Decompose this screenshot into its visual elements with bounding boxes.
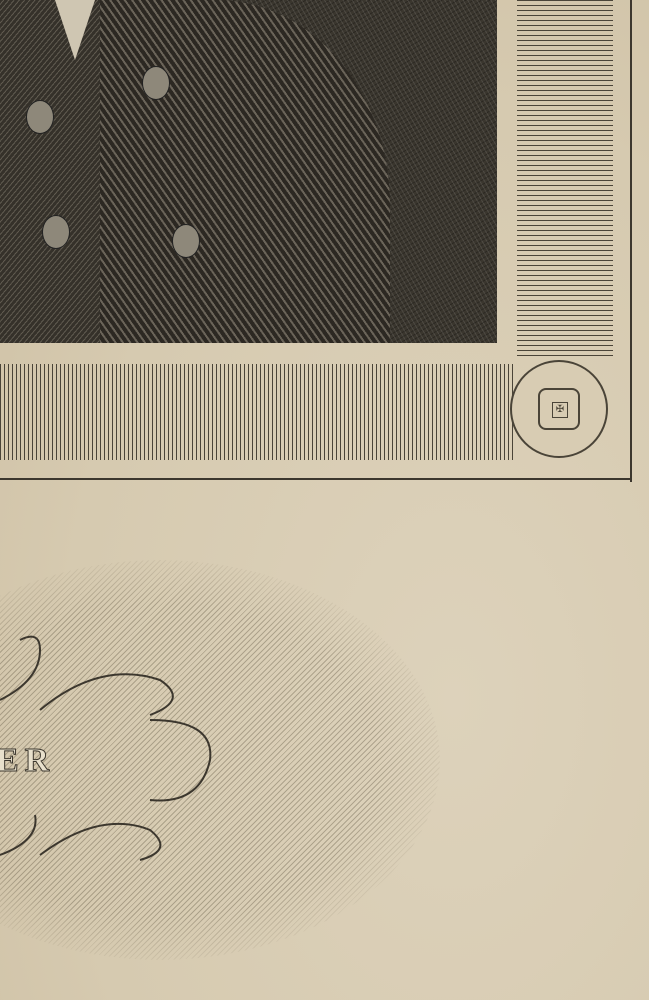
- frame-border-bottom: [0, 364, 515, 460]
- rosette-center-icon: ✠: [552, 402, 568, 418]
- rosette-inner: ✠: [538, 388, 580, 430]
- frame-outer-line: [0, 478, 632, 480]
- frame-border-right: [517, 0, 613, 360]
- coat: [100, 0, 390, 343]
- coat-button: [42, 215, 70, 249]
- coat-button: [142, 66, 170, 100]
- coat-button: [26, 100, 54, 134]
- coat-button: [172, 224, 200, 258]
- caption-text: ER: [0, 742, 55, 780]
- rosette-corner-ornament-icon: ✠: [510, 360, 608, 458]
- frame-outer-line: [630, 0, 632, 482]
- portrait-engraving: [0, 0, 497, 343]
